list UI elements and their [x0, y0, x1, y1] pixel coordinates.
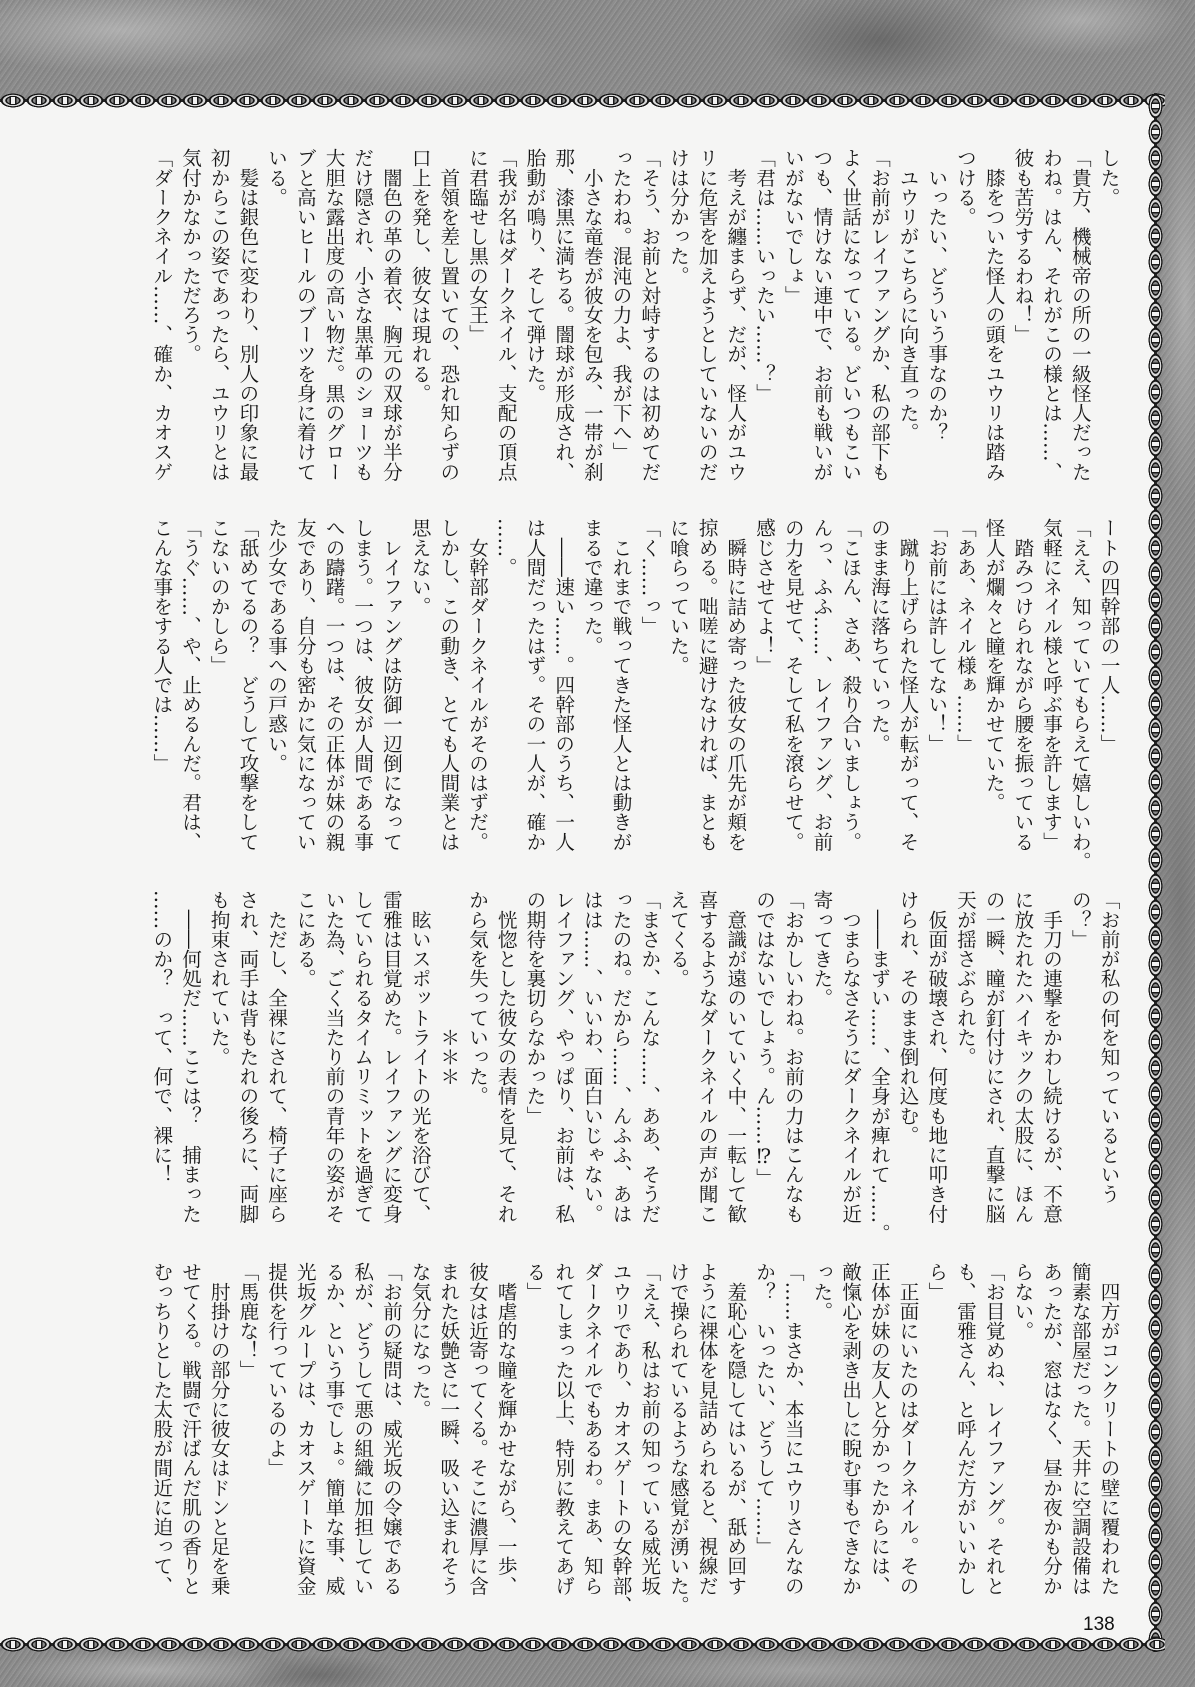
text-line: 小さな竜巻が彼女を包み、一帯が刹 — [577, 148, 606, 481]
text-line: ダークネイルでもあるわ。まあ、知ら — [577, 1262, 606, 1595]
text-line: も拘束されていた。 — [204, 890, 233, 1223]
text-line: けで操られているような感覚が湧いた。 — [663, 1262, 692, 1595]
text-line: に君臨せし黒の女王」 — [462, 148, 491, 481]
text-line: 彼女は近寄ってくる。そこに濃厚に含 — [462, 1262, 491, 1595]
text-line: 「ダークネイル……、確か、カオスゲ — [146, 148, 175, 481]
text-line: 膝をついた怪人の頭をユウリは踏み — [978, 148, 1007, 481]
text-line: から気を失っていった。 — [462, 890, 491, 1223]
text-line: 正体が妹の友人と分かったからには、 — [864, 1262, 893, 1595]
text-line: 寄ってきた。 — [806, 890, 835, 1223]
chain-border-right — [1148, 93, 1163, 1652]
text-line: るか、という事でしょ。簡単な事、威 — [318, 1262, 347, 1595]
text-line: こんな事をする人では……」 — [146, 518, 175, 851]
text-line: していられるタイムリミットを過ぎて — [347, 890, 376, 1223]
text-line: よく世話になっている。どいつもこい — [835, 148, 864, 481]
text-line: の力を見せて、そして私を滾らせて。 — [778, 518, 807, 851]
text-line: むっちりとした太股が間近に迫って、 — [146, 1262, 175, 1595]
chain-border-top — [0, 93, 1165, 108]
text-line: レイファングは防御一辺倒になって — [376, 518, 405, 851]
text-line: いったい、どういう事なのか？ — [921, 148, 950, 481]
text-line: 「ええ、私はお前の知っている威光坂 — [634, 1262, 663, 1595]
text-line: せてくる。戦闘で汗ばんだ肌の香りと — [175, 1262, 204, 1595]
text-line: 「まさか、こんな……、ああ、そうだ — [634, 890, 663, 1223]
text-line: ……のか？ って、何で、裸に！ — [146, 890, 175, 1223]
scene-break: ＊＊＊ — [433, 890, 462, 1223]
text-line: こにある。 — [290, 890, 319, 1223]
text-line: る」 — [519, 1262, 548, 1595]
text-line: 「お前には許してない！」 — [921, 518, 950, 851]
text-line: 羞恥心を隠してはいるが、舐め回す — [720, 1262, 749, 1595]
text-line: ――何処だ……ここは？ 捕まった — [175, 890, 204, 1223]
text-line: 「お前の疑問は、威光坂の令嬢である — [376, 1262, 405, 1595]
text-line: らない。 — [1007, 1262, 1036, 1595]
text-line: 天が揺さぶられた。 — [950, 890, 979, 1223]
text-line: 喜するようなダークネイルの声が聞こ — [691, 890, 720, 1223]
text-line: これまで戦ってきた怪人とは動きが — [605, 518, 634, 851]
text-line: んっ、ふふ……、レイファング、お前 — [806, 518, 835, 851]
text-line: 恍惚とした彼女の表情を見て、それ — [491, 890, 520, 1223]
text-line: えてくる。 — [663, 890, 692, 1223]
text-line: けられ、そのまま倒れ込む。 — [892, 890, 921, 1223]
text-line: 「君は……いったい……？」 — [749, 148, 778, 481]
text-line: 「うぐ……、や、止めるんだ。君は、 — [175, 518, 204, 851]
text-line: 提供を行っているのよ」 — [261, 1262, 290, 1595]
chain-border-bottom — [0, 1637, 1165, 1652]
text-line: 「お前が私の何を知っているという — [1093, 890, 1122, 1223]
text-line: 「こほん、さあ、殺り合いましょう。 — [835, 518, 864, 851]
text-line: の一瞬、瞳が釘付けにされ、直撃に脳 — [978, 890, 1007, 1223]
text-line: ったのね。だから……、んふふ、あは — [605, 890, 634, 1223]
text-line: 掠める。咄嗟に避けなければ、まとも — [691, 518, 720, 851]
text-line: の期待を裏切らなかった」 — [519, 890, 548, 1223]
text-line: ら」 — [921, 1262, 950, 1595]
text-line: 簡素な部屋だった。天井に空調設備は — [1065, 1262, 1094, 1595]
text-line: 初からこの姿であったら、ユウリとは — [204, 148, 233, 481]
text-line: わね。はん、それがこの様とは……、 — [1036, 148, 1065, 481]
text-line: 口上を発し、彼女は現れる。 — [404, 148, 433, 481]
text-line: 嗜虐的な瞳を輝かせながら、一歩、 — [491, 1262, 520, 1595]
text-line: 大胆な露出度の高い物だ。黒のグロー — [318, 148, 347, 481]
text-tier-3: 「お前が私の何を知っているという の？」 手刀の連撃をかわし続けるが、不意 に放… — [146, 890, 1122, 1223]
text-line: 怪人が爛々と瞳を輝かせていた。 — [978, 518, 1007, 851]
text-line: 「我が名はダークネイル、支配の頂点 — [491, 148, 520, 481]
text-line: 踏みつけられながら腰を振っている — [1007, 518, 1036, 851]
text-line: ユウリがこちらに向き直った。 — [892, 148, 921, 481]
text-line: 気付かなかっただろう。 — [175, 148, 204, 481]
text-line: 「そう、お前と対峙するのは初めてだ — [634, 148, 663, 481]
text-line: した。 — [1093, 148, 1122, 481]
text-tier-1: した。 「貴方、機械帝の所の一級怪人だった わね。はん、それがこの様とは……、 … — [146, 148, 1122, 481]
text-line: 「舐めてるの？ どうして攻撃をして — [232, 518, 261, 851]
text-line: こないのかしら」 — [204, 518, 233, 851]
text-line: しまう。一つは、彼女が人間である事 — [347, 518, 376, 851]
text-line: の？」 — [1065, 890, 1094, 1223]
text-line: レイファング、やっぱり、お前は、私 — [548, 890, 577, 1223]
text-line: ――速い……。四幹部のうち、一人 — [548, 518, 577, 851]
text-line: ユウリであり、カオスゲートの女幹部、 — [605, 1262, 634, 1595]
text-line: 友であり、自分も密かに気になってい — [290, 518, 319, 851]
text-line: だけ隠され、小さな黒革のショーツも — [347, 148, 376, 481]
text-line: まれた妖艶さに一瞬、吸い込まれそう — [433, 1262, 462, 1595]
text-line: 闇色の革の着衣、胸元の双球が半分 — [376, 148, 405, 481]
text-line: いがないでしょ」 — [778, 148, 807, 481]
text-line: 蹴り上げられた怪人が転がって、そ — [892, 518, 921, 851]
text-line: ートの四幹部の一人……」 — [1093, 518, 1122, 851]
text-line: のまま海に落ちていった。 — [864, 518, 893, 851]
text-line: ただし、全裸にされて、椅子に座ら — [261, 890, 290, 1223]
text-line: ったわね。混沌の力よ、我が下へ」 — [605, 148, 634, 481]
text-line: 「貴方、機械帝の所の一級怪人だった — [1065, 148, 1094, 481]
text-line: つける。 — [950, 148, 979, 481]
text-line: 思えない。 — [404, 518, 433, 851]
text-line: 肘掛けの部分に彼女はドンと足を乗 — [204, 1262, 233, 1595]
text-line: も、雷雅さん、と呼んだ方がいいかし — [950, 1262, 979, 1595]
text-line: 胎動が鳴り、そして弾けた。 — [519, 148, 548, 481]
text-line: 那、漆黒に満ちる。闇球が形成され、 — [548, 148, 577, 481]
text-line: 私が、どうして悪の組織に加担してい — [347, 1262, 376, 1595]
text-line: 雷雅は目覚めた。レイファングに変身 — [376, 890, 405, 1223]
text-tier-2: ートの四幹部の一人……」 「ええ、知っていてもらえて嬉しいわ。 気軽にネイル様と… — [146, 518, 1122, 851]
text-line: に喰らっていた。 — [663, 518, 692, 851]
text-line: あったが、窓はなく、昼か夜かも分か — [1036, 1262, 1065, 1595]
text-line: 光坂グループは、カオスゲートに資金 — [290, 1262, 319, 1595]
text-line: 首領を差し置いての、恐れ知らずの — [433, 148, 462, 481]
text-line: 「ああ、ネイル様ぁ……」 — [950, 518, 979, 851]
text-line: への躊躇。一つは、その正体が妹の親 — [318, 518, 347, 851]
text-line: ……。 — [491, 518, 520, 851]
text-line: つも、情けない連中で、お前も戦いが — [806, 148, 835, 481]
text-line: ブと高いヒールのブーツを身に着けて — [290, 148, 319, 481]
text-line: 感じさせてよ！」 — [749, 518, 778, 851]
text-line: な気分になった。 — [404, 1262, 433, 1595]
text-line: った。 — [806, 1262, 835, 1595]
text-line: いた為、ごく当たり前の青年の姿がそ — [318, 890, 347, 1223]
text-line: 「馬鹿な！」 — [232, 1262, 261, 1595]
text-line: 考えが纏まらず、だが、怪人がユウ — [720, 148, 749, 481]
text-line: 「く……っ」 — [634, 518, 663, 851]
text-line: 「ええ、知っていてもらえて嬉しいわ。 — [1065, 518, 1094, 851]
text-line: た少女である事への戸惑い。 — [261, 518, 290, 851]
page-number: 138 — [1083, 1615, 1115, 1634]
text-line: 敵愾心を剥き出しに睨む事もできなか — [835, 1262, 864, 1595]
text-line: しかし、この動き、とても人間業とは — [433, 518, 462, 851]
text-line: 「お前がレイファングか、私の部下も — [864, 148, 893, 481]
text-line: 手刀の連撃をかわし続けるが、不意 — [1036, 890, 1065, 1223]
text-line: つまらなさそうにダークネイルが近 — [835, 890, 864, 1223]
text-line: 正面にいたのはダークネイル。その — [892, 1262, 921, 1595]
text-line: 四方がコンクリートの壁に覆われた — [1093, 1262, 1122, 1595]
text-line: 女幹部ダークネイルがそのはずだ。 — [462, 518, 491, 851]
text-line: に放たれたハイキックの太股に、ほん — [1007, 890, 1036, 1223]
text-line: けは分かった。 — [663, 148, 692, 481]
text-line: 彼も苦労するわね！」 — [1007, 148, 1036, 481]
text-line: 髪は銀色に変わり、別人の印象に最 — [232, 148, 261, 481]
text-line: ように裸体を見詰められると、視線だ — [691, 1262, 720, 1595]
text-line: 気軽にネイル様と呼ぶ事を許します」 — [1036, 518, 1065, 851]
text-line: され、両手は背もたれの後ろに、両脚 — [232, 890, 261, 1223]
text-line: か？ いったい、どうして……」 — [749, 1262, 778, 1595]
text-line: 意識が遠のいていく中、一転して歓 — [720, 890, 749, 1223]
text-line: 瞬時に詰め寄った彼女の爪先が頬を — [720, 518, 749, 851]
text-line: 仮面が破壊され、何度も地に叩き付 — [921, 890, 950, 1223]
text-line: ――まずい……、全身が痺れて……。 — [864, 890, 893, 1223]
text-line: いる。 — [261, 148, 290, 481]
text-line: のではないでしょう。ん……⁉」 — [749, 890, 778, 1223]
text-line: まるで違った。 — [577, 518, 606, 851]
text-tier-4: 四方がコンクリートの壁に覆われた 簡素な部屋だった。天井に空調設備は あったが、… — [146, 1262, 1122, 1595]
text-line: 眩いスポットライトの光を浴びて、 — [404, 890, 433, 1223]
text-line: は人間だったはず。その一人が、確か — [519, 518, 548, 851]
text-line: はは……、いいわ、面白いじゃない。 — [577, 890, 606, 1223]
text-line: 「お目覚めね、レイファング。それと — [978, 1262, 1007, 1595]
text-line: 「おかしいわね。お前の力はこんなも — [778, 890, 807, 1223]
text-line: リに危害を加えようとしていないのだ — [691, 148, 720, 481]
text-line: 「……まさか、本当にユウリさんなの — [778, 1262, 807, 1595]
text-line: れてしまった以上、特別に教えてあげ — [548, 1262, 577, 1595]
